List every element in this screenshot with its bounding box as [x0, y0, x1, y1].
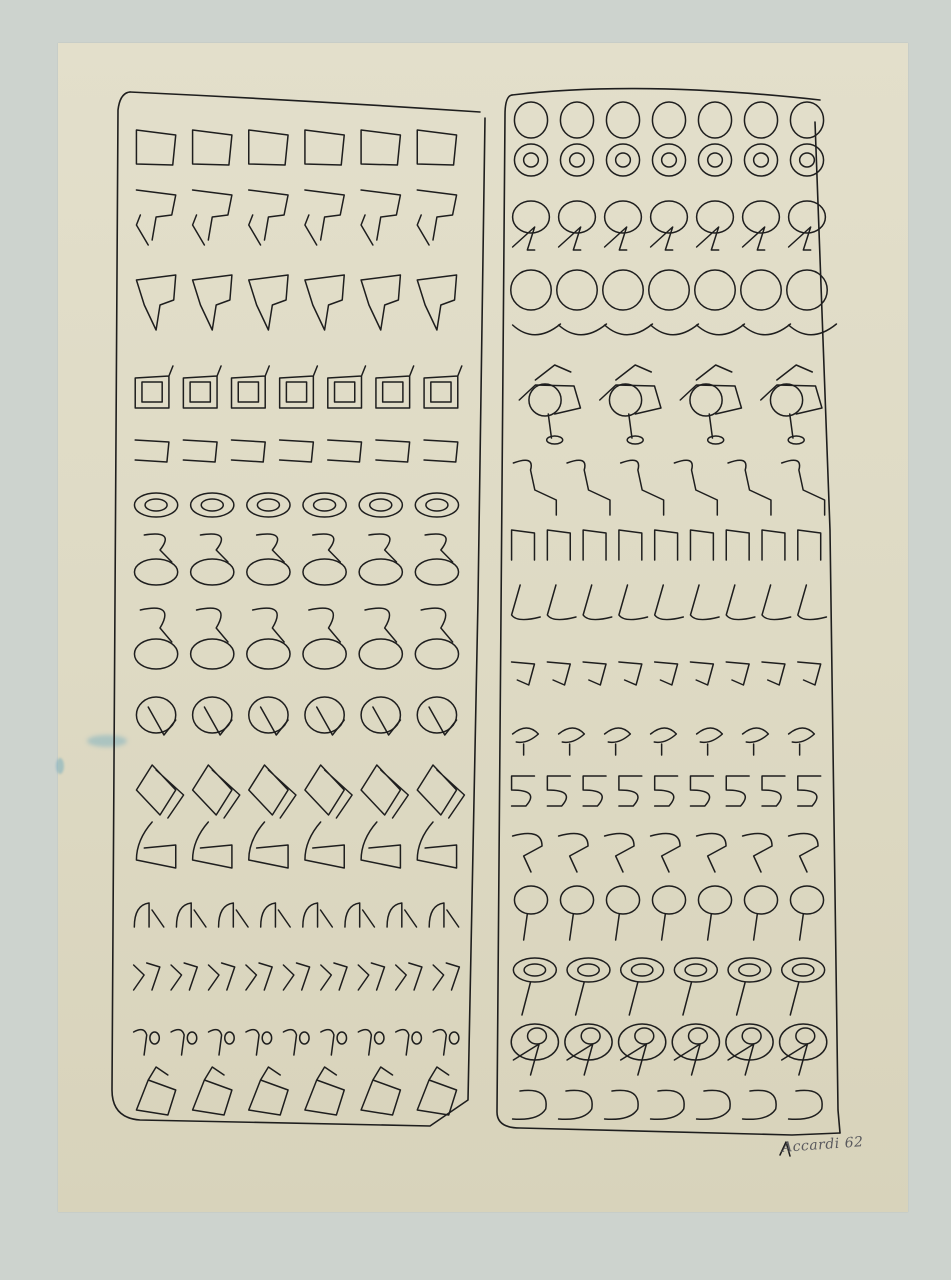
ink-drawing [0, 0, 951, 1280]
